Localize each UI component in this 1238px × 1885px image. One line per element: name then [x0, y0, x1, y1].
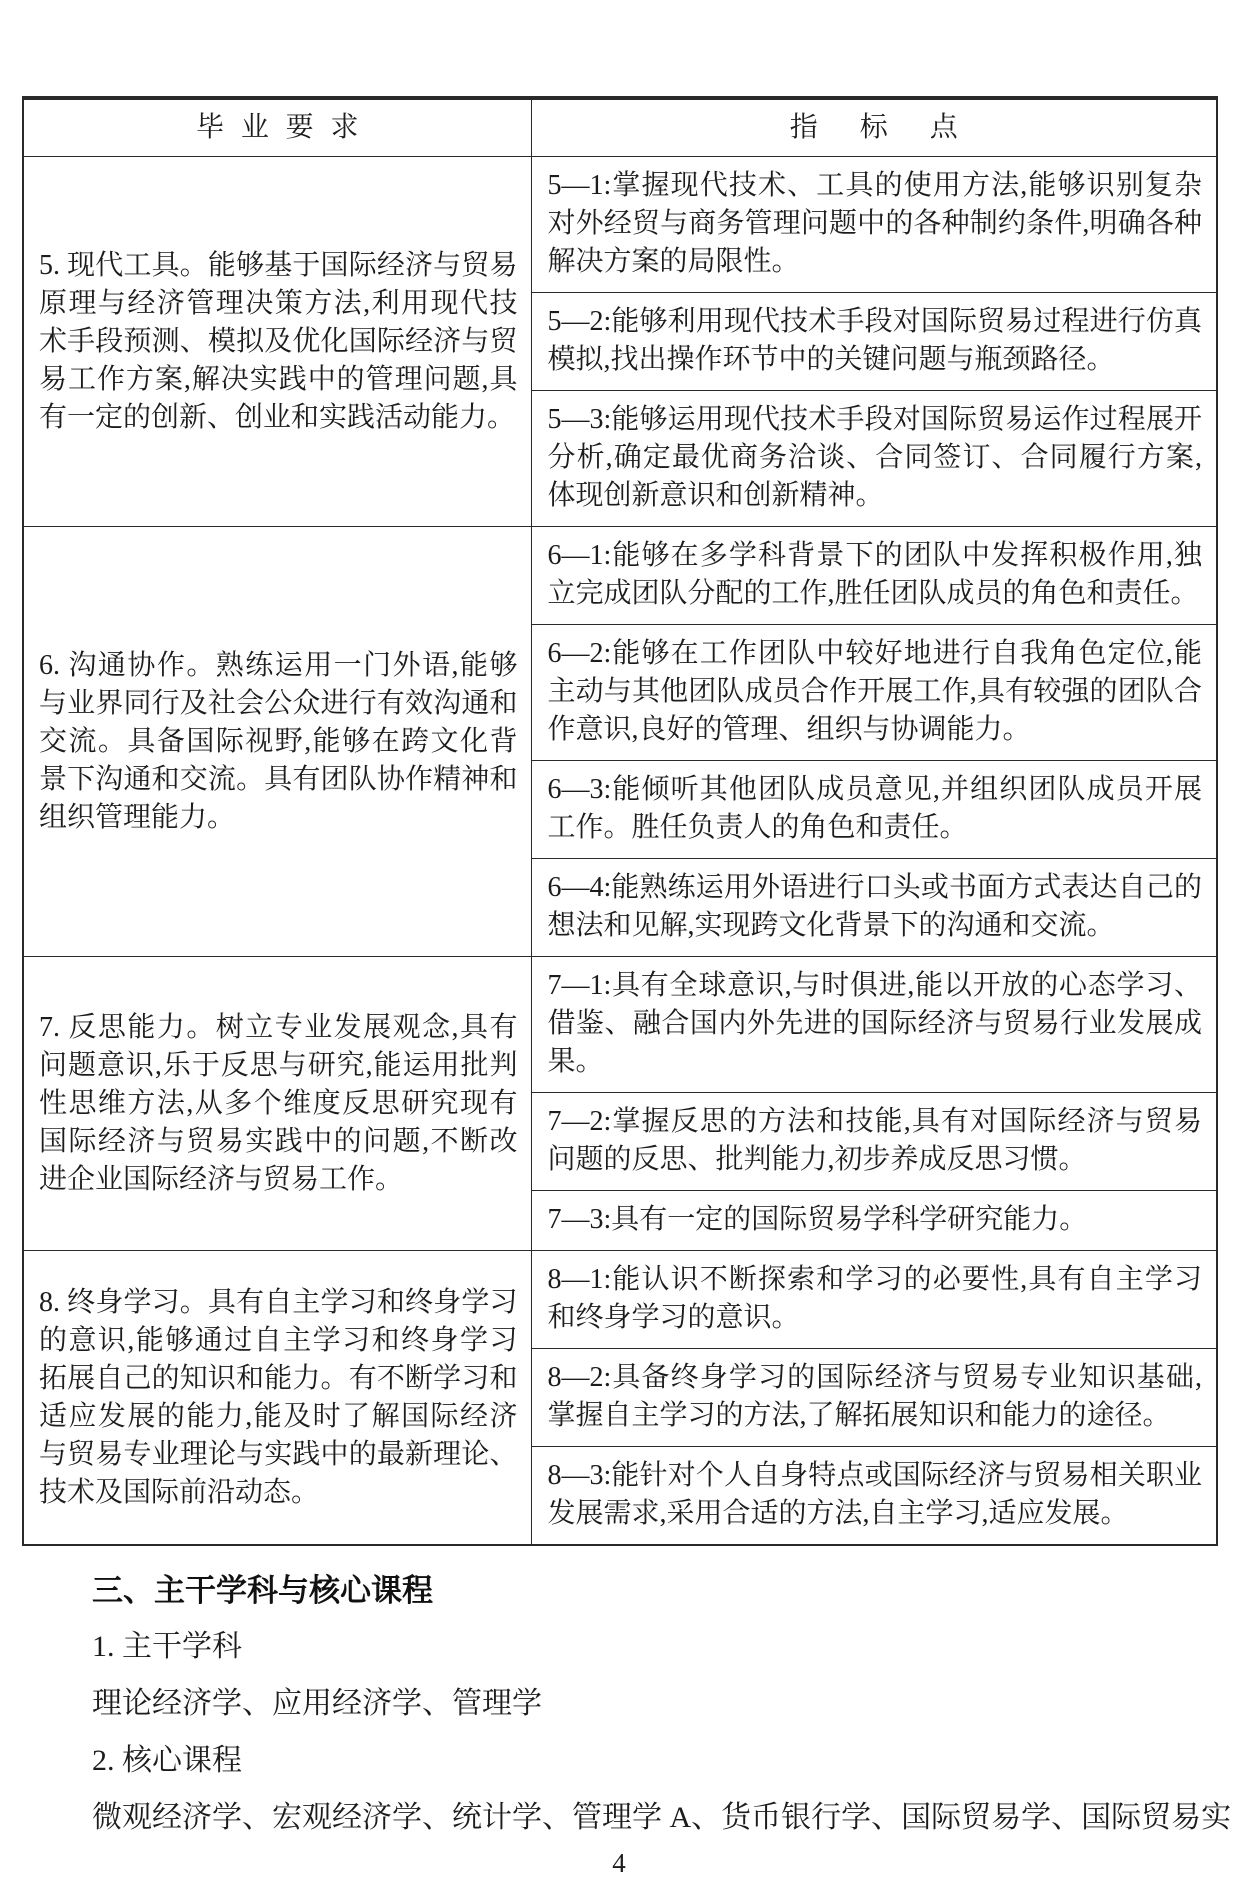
indicator-cell-5-2: 5—2:能够利用现代技术手段对国际贸易过程进行仿真模拟,找出操作环节中的关键问题…	[531, 293, 1217, 391]
indicator-cell-8-2: 8—2:具备终身学习的国际经济与贸易专业知识基础,掌握自主学习的方法,了解拓展知…	[531, 1349, 1217, 1447]
indicator-cell-7-2: 7—2:掌握反思的方法和技能,具有对国际经济与贸易问题的反思、批判能力,初步养成…	[531, 1093, 1217, 1191]
table-row: 7. 反思能力。树立专业发展观念,具有问题意识,乐于反思与研究,能运用批判性思维…	[23, 957, 1217, 1093]
indicator-cell-6-3: 6—3:能倾听其他团队成员意见,并组织团队成员开展工作。胜任负责人的角色和责任。	[531, 761, 1217, 859]
indicator-cell-6-1: 6—1:能够在多学科背景下的团队中发挥积极作用,独立完成团队分配的工作,胜任团队…	[531, 527, 1217, 625]
table-header-row: 毕业要求 指标点	[23, 98, 1217, 157]
subsection-main-disciplines: 1. 主干学科	[92, 1627, 1238, 1667]
page-number: 4	[0, 1848, 1238, 1879]
indicator-cell-6-2: 6—2:能够在工作团队中较好地进行自我角色定位,能主动与其他团队成员合作开展工作…	[531, 625, 1217, 761]
main-disciplines-list: 理论经济学、应用经济学、管理学	[92, 1684, 1238, 1724]
indicator-cell-7-3: 7—3:具有一定的国际贸易学科学研究能力。	[531, 1191, 1217, 1251]
indicator-cell-7-1: 7—1:具有全球意识,与时俱进,能以开放的心态学习、借鉴、融合国内外先进的国际经…	[531, 957, 1217, 1093]
indicator-cell-6-4: 6—4:能熟练运用外语进行口头或书面方式表达自己的想法和见解,实现跨文化背景下的…	[531, 859, 1217, 957]
requirement-cell-6: 6. 沟通协作。熟练运用一门外语,能够与业界同行及社会公众进行有效沟通和交流。具…	[23, 527, 531, 957]
indicator-cell-8-3: 8—3:能针对个人自身特点或国际经济与贸易相关职业发展需求,采用合适的方法,自主…	[531, 1447, 1217, 1546]
table-row: 5. 现代工具。能够基于国际经济与贸易原理与经济管理决策方法,利用现代技术手段预…	[23, 157, 1217, 293]
indicator-cell-8-1: 8—1:能认识不断探索和学习的必要性,具有自主学习和终身学习的意识。	[531, 1251, 1217, 1349]
column-header-indicator-points: 指标点	[531, 98, 1217, 157]
section-heading: 三、主干学科与核心课程	[92, 1572, 1216, 1610]
requirements-indicators-table: 毕业要求 指标点 5. 现代工具。能够基于国际经济与贸易原理与经济管理决策方法,…	[22, 96, 1218, 1546]
core-courses-list: 微观经济学、宏观经济学、统计学、管理学 A、货币银行学、国际贸易学、国际贸易实	[92, 1798, 1238, 1838]
table-row: 8. 终身学习。具有自主学习和终身学习的意识,能够通过自主学习和终身学习拓展自己…	[23, 1251, 1217, 1349]
column-header-graduation-requirements: 毕业要求	[23, 98, 531, 157]
main-disciplines-core-courses-section: 三、主干学科与核心课程 1. 主干学科 理论经济学、应用经济学、管理学 2. 核…	[0, 1572, 1238, 1838]
subsection-core-courses: 2. 核心课程	[92, 1741, 1238, 1781]
indicator-cell-5-3: 5—3:能够运用现代技术手段对国际贸易运作过程展开分析,确定最优商务洽谈、合同签…	[531, 391, 1217, 527]
table-row: 6. 沟通协作。熟练运用一门外语,能够与业界同行及社会公众进行有效沟通和交流。具…	[23, 527, 1217, 625]
requirement-cell-5: 5. 现代工具。能够基于国际经济与贸易原理与经济管理决策方法,利用现代技术手段预…	[23, 157, 531, 527]
requirement-cell-7: 7. 反思能力。树立专业发展观念,具有问题意识,乐于反思与研究,能运用批判性思维…	[23, 957, 531, 1251]
requirement-cell-8: 8. 终身学习。具有自主学习和终身学习的意识,能够通过自主学习和终身学习拓展自己…	[23, 1251, 531, 1546]
indicator-cell-5-1: 5—1:掌握现代技术、工具的使用方法,能够识别复杂对外经贸与商务管理问题中的各种…	[531, 157, 1217, 293]
document-page: 毕业要求 指标点 5. 现代工具。能够基于国际经济与贸易原理与经济管理决策方法,…	[0, 0, 1238, 1885]
